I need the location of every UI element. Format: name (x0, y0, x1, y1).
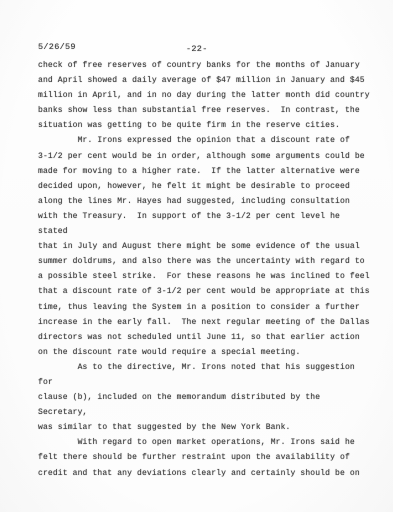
document-body: check of free reserves of country banks … (38, 58, 374, 481)
page-header: 5/26/59 -22- (0, 42, 393, 56)
scanned-document-page: 5/26/59 -22- check of free reserves of c… (0, 0, 393, 512)
paragraph-irons-discount-rate: Mr. Irons expressed the opinion that a d… (38, 133, 374, 359)
paragraph-free-reserves: check of free reserves of country banks … (38, 58, 374, 133)
page-number: -22- (186, 44, 208, 54)
paragraph-open-market-operations: With regard to open market operations, M… (38, 435, 374, 480)
document-date: 5/26/59 (38, 42, 76, 52)
paragraph-directive-clause-b: As to the directive, Mr. Irons noted tha… (38, 360, 374, 435)
